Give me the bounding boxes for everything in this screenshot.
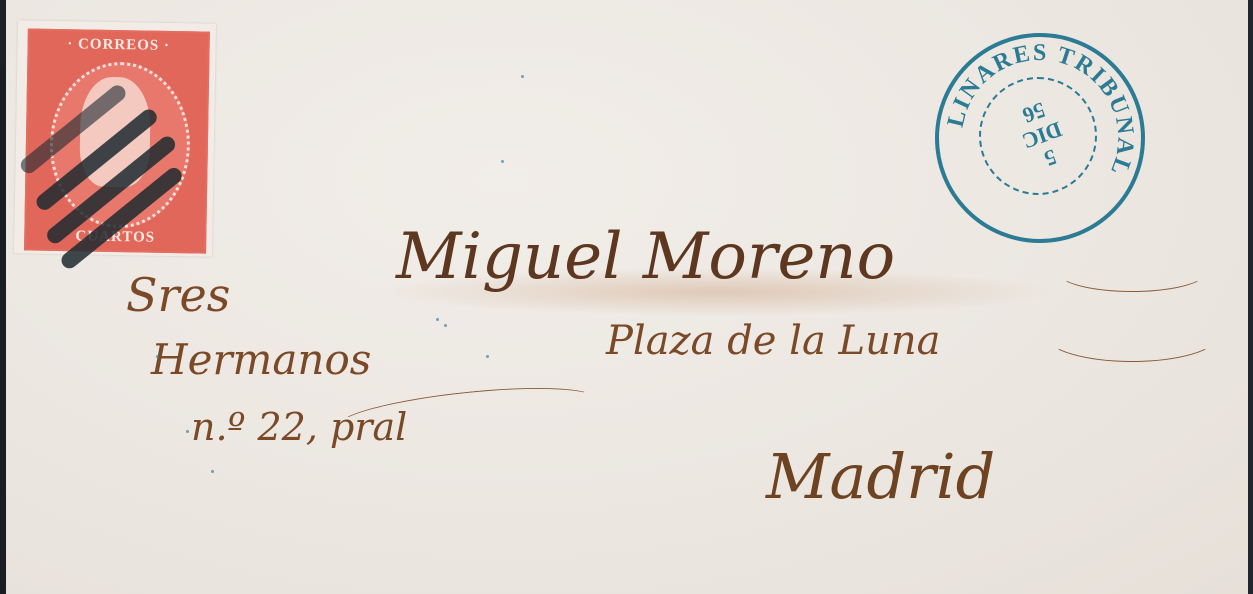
background-edge-left	[0, 70, 6, 594]
street-address: Plaza de la Luna	[606, 318, 940, 364]
address-line-sres: Sres	[126, 268, 230, 322]
city: Madrid	[766, 440, 995, 513]
background-edge-right	[1248, 0, 1253, 594]
ink-speck	[211, 470, 214, 473]
stamp-top-text: · CORREOS ·	[29, 35, 207, 55]
ink-speck	[521, 75, 524, 78]
ink-speck	[501, 160, 504, 163]
flourish-underline	[1056, 250, 1208, 292]
envelope: · CORREOS · CUARTOS LINARES TRIBUNAL 5 D…	[6, 0, 1248, 594]
stamp-design: · CORREOS · CUARTOS	[24, 28, 210, 253]
postage-stamp: · CORREOS · CUARTOS	[14, 20, 216, 256]
recipient-name: Miguel Moreno	[396, 220, 895, 294]
ink-speck	[436, 318, 439, 321]
ink-speck	[444, 324, 447, 327]
flourish-underline	[335, 378, 600, 447]
postmark: LINARES TRIBUNAL 5 DIC 56	[935, 33, 1145, 243]
flourish-underline	[1046, 310, 1218, 362]
ink-speck	[486, 355, 489, 358]
ink-speck	[156, 355, 159, 358]
address-line-hermanos: Hermanos	[151, 335, 371, 384]
ink-speck	[186, 430, 189, 433]
